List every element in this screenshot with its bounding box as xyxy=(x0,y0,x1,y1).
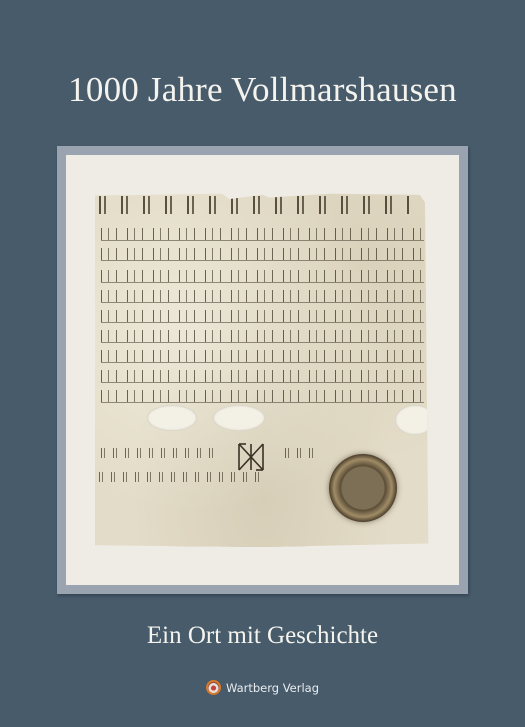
royal-monogram-icon xyxy=(236,442,266,472)
script-baseline xyxy=(101,302,424,303)
wartberg-logo-icon xyxy=(206,680,221,695)
image-frame xyxy=(57,146,468,594)
script-line xyxy=(101,370,424,382)
book-subtitle: Ein Ort mit Geschichte xyxy=(0,622,525,650)
charter-header-script xyxy=(99,196,410,214)
parchment-hole xyxy=(395,405,435,435)
script-baseline xyxy=(101,342,424,343)
script-baseline xyxy=(101,322,424,323)
script-line xyxy=(101,330,424,342)
script-line xyxy=(101,270,424,282)
wax-seal xyxy=(329,454,397,522)
script-line xyxy=(101,390,424,402)
script-baseline xyxy=(101,362,424,363)
script-line xyxy=(101,228,424,240)
signum-line-script xyxy=(101,448,219,458)
book-title: 1000 Jahre Vollmarshausen xyxy=(0,70,525,110)
script-line xyxy=(101,350,424,362)
script-baseline xyxy=(101,240,424,241)
image-mat xyxy=(66,155,459,585)
parchment-hole xyxy=(213,405,265,431)
publisher-mark: Wartberg Verlag xyxy=(0,680,525,695)
script-line xyxy=(101,290,424,302)
script-line xyxy=(101,248,424,260)
recognition-line-script xyxy=(99,472,267,482)
signum-line-script xyxy=(285,448,315,458)
script-line xyxy=(101,310,424,322)
parchment-hole xyxy=(147,405,197,431)
script-baseline xyxy=(101,382,424,383)
parchment-document xyxy=(95,192,430,547)
publisher-name: Wartberg Verlag xyxy=(226,681,319,695)
script-baseline xyxy=(101,260,424,261)
script-baseline xyxy=(101,402,424,403)
script-baseline xyxy=(101,282,424,283)
